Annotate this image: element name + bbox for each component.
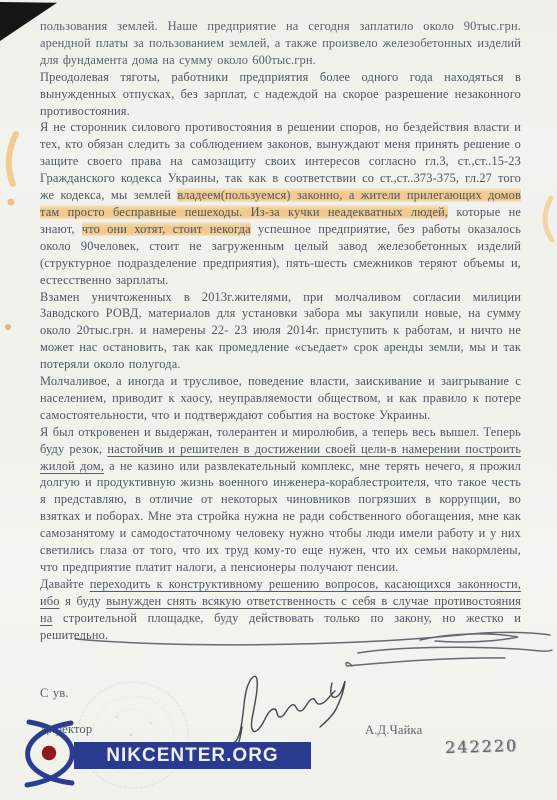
paragraph: пользования землей. Наше предприятие на … [40,18,521,69]
paragraph: Преодолевая тяготы, работники предприяти… [40,69,521,120]
logo-banner: NIKCENTER.ORG [74,742,311,769]
footer-logo: NIKCENTER.ORG [0,715,557,800]
scanned-letter-page: пользования землей. Наше предприятие на … [0,0,557,800]
text-run: а не казино или развлекательный комплекс… [40,459,521,574]
text-run: я буду [60,594,107,608]
text-run: пользования землей. Наше предприятие на … [40,19,521,67]
paragraph: Я не сторонник силового противостояния в… [40,119,521,288]
text-run: Молчаливое, а иногда и трусливое, поведе… [40,374,521,422]
text-run: Взамен уничтоженных в 2013г.жителями, пр… [40,290,521,372]
paragraph: Молчаливое, а иногда и трусливое, поведе… [40,373,521,424]
highlighted-text: что они хотят, стоит некогда [82,222,251,236]
eye-icon [27,722,74,785]
letter-content: пользования землей. Наше предприятие на … [40,18,521,800]
page-number-stamp: 242220 [445,736,519,757]
text-run: Преодолевая тяготы, работники предприяти… [40,70,521,118]
letter-body: пользования землей. Наше предприятие на … [40,18,521,644]
text-run: Давайте [40,577,90,591]
paragraph: Взамен уничтоженных в 2013г.жителями, пр… [40,289,521,374]
paragraph: Я был откровенен и выдержан, толерантен … [40,424,521,576]
